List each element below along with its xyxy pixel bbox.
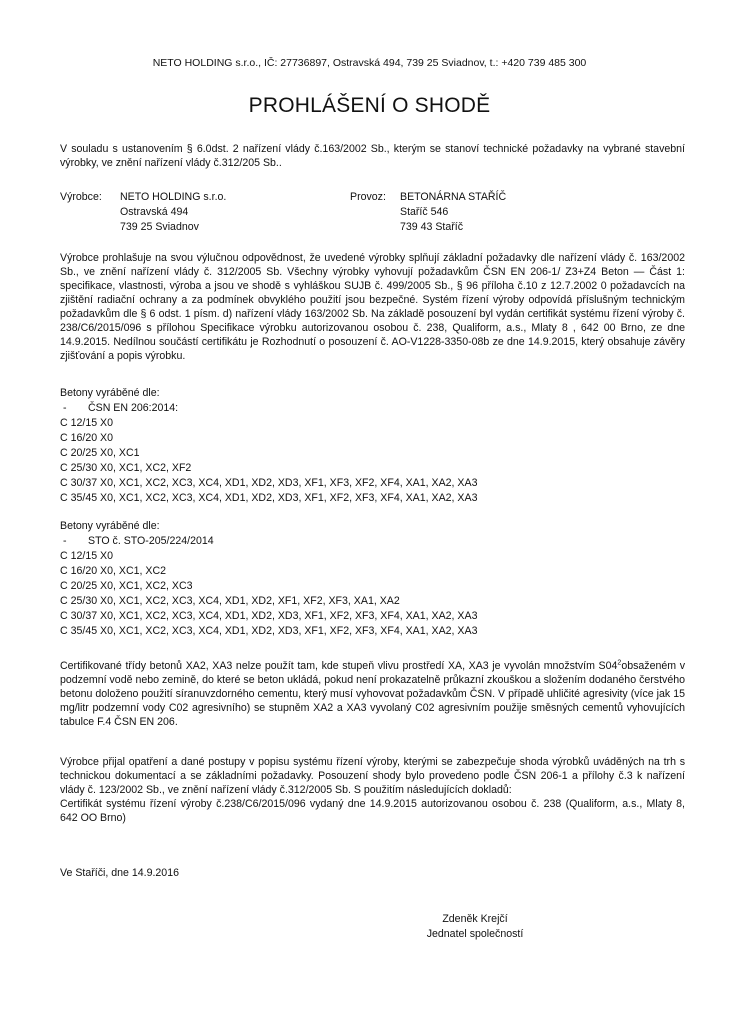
list-item: C 16/20 X0: [60, 431, 685, 446]
conformity-text: Výrobce přijal opatření a dané postupy v…: [60, 755, 685, 797]
plant-name: BETONÁRNA STAŘÍČ: [400, 190, 506, 205]
dash-bullet: -: [60, 534, 88, 549]
plant-address: BETONÁRNA STAŘÍČ Staříč 546 739 43 Staří…: [400, 190, 506, 235]
standard-name: ČSN EN 206:2014:: [88, 402, 178, 414]
certificate-reference: Certifikát systému řízení výroby č.238/C…: [60, 797, 685, 825]
address-block: Výrobce: NETO HOLDING s.r.o. Ostravská 4…: [60, 190, 685, 235]
list-item: C 25/30 X0, XC1, XC2, XC3, XC4, XD1, XD2…: [60, 594, 685, 609]
company-header: NETO HOLDING s.r.o., IČ: 27736897, Ostra…: [0, 56, 739, 70]
signatory-role: Jednatel společností: [400, 927, 550, 942]
conformity-paragraph: Výrobce přijal opatření a dané postupy v…: [60, 755, 685, 825]
manufacturer-name: NETO HOLDING s.r.o.: [120, 190, 226, 205]
list-item: C 20/25 X0, XC1, XC2, XC3: [60, 579, 685, 594]
list-item: C 35/45 X0, XC1, XC2, XC3, XC4, XD1, XD2…: [60, 624, 685, 639]
list-item: C 16/20 X0, XC1, XC2: [60, 564, 685, 579]
plant-street: Staříč 546: [400, 205, 506, 220]
plant-label: Provoz:: [350, 190, 386, 204]
manufacturer-city: 739 25 Sviadnov: [120, 220, 226, 235]
list-item: C 12/15 X0: [60, 549, 685, 564]
plant-city: 739 43 Staříč: [400, 220, 506, 235]
concrete-list-csn: Betony vyráběné dle: -ČSN EN 206:2014: C…: [60, 386, 685, 506]
standard-name: STO č. STO-205/224/2014: [88, 535, 214, 547]
declaration-paragraph: Výrobce prohlašuje na svou výlučnou odpo…: [60, 251, 685, 363]
list-item: C 30/37 X0, XC1, XC2, XC3, XC4, XD1, XD2…: [60, 476, 685, 491]
document-title: PROHLÁŠENÍ O SHODĚ: [0, 93, 739, 119]
manufacturer-street: Ostravská 494: [120, 205, 226, 220]
xa-note-paragraph: Certifikované třídy betonů XA2, XA3 nelz…: [60, 659, 685, 729]
place-and-date: Ve Staříči, dne 14.9.2016: [60, 866, 685, 880]
list-heading: Betony vyráběné dle:: [60, 519, 685, 534]
signature-block: Zdeněk Krejčí Jednatel společností: [400, 912, 550, 942]
xa-note-text-1: Certifikované třídy betonů XA2, XA3 nelz…: [60, 660, 617, 672]
list-item: C 30/37 X0, XC1, XC2, XC3, XC4, XD1, XD2…: [60, 609, 685, 624]
list-item: C 35/45 X0, XC1, XC2, XC3, XC4, XD1, XD2…: [60, 491, 685, 506]
list-heading: Betony vyráběné dle:: [60, 386, 685, 401]
dash-bullet: -: [60, 401, 88, 416]
manufacturer-address: NETO HOLDING s.r.o. Ostravská 494 739 25…: [120, 190, 226, 235]
manufacturer-label: Výrobce:: [60, 190, 102, 204]
list-item: C 12/15 X0: [60, 416, 685, 431]
list-standard: -ČSN EN 206:2014:: [60, 401, 685, 416]
list-item: C 25/30 X0, XC1, XC2, XF2: [60, 461, 685, 476]
signatory-name: Zdeněk Krejčí: [400, 912, 550, 927]
list-item: C 20/25 X0, XC1: [60, 446, 685, 461]
concrete-list-sto: Betony vyráběné dle: -STO č. STO-205/224…: [60, 519, 685, 639]
intro-paragraph: V souladu s ustanovením § 6.0dst. 2 naří…: [60, 142, 685, 170]
list-standard: -STO č. STO-205/224/2014: [60, 534, 685, 549]
